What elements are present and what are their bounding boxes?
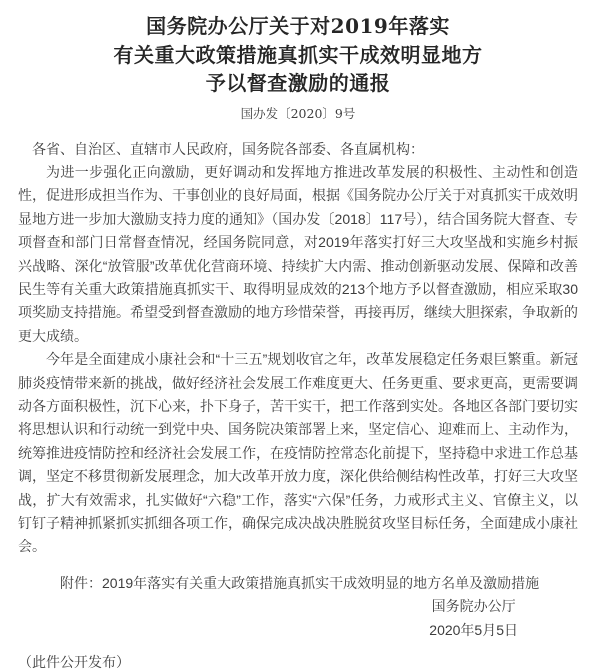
notice-body: 各省、自治区、直辖市人民政府，国务院各部委、各直属机构： 为进一步强化正向激励，… (18, 138, 578, 670)
body-paragraph-2: 今年是全面建成小康社会和“十三五”规划收官之年，改革发展稳定任务艰巨繁重。新冠肺… (18, 348, 578, 559)
salutation-line: 各省、自治区、直辖市人民政府，国务院各部委、各直属机构： (18, 138, 578, 161)
notice-title-line-3: 予以督查激励的通报 (30, 69, 566, 98)
issuer-name: 国务院办公厅 (429, 595, 518, 618)
notice-title-line-1: 国务院办公厅关于对2019年落实 (30, 12, 566, 41)
attachment-line: 附件：2019年落实有关重大政策措施真抓实干成效明显的地方名单及激励措施 (18, 572, 578, 595)
publish-note: （此件公开发布） (18, 651, 578, 670)
notice-title: 国务院办公厅关于对2019年落实 有关重大政策措施真抓实干成效明显地方 予以督查… (30, 12, 566, 98)
notice-document-page: 国务院办公厅关于对2019年落实 有关重大政策措施真抓实干成效明显地方 予以督查… (0, 0, 596, 670)
doc-number: 国办发〔2020〕9号 (0, 106, 596, 122)
body-paragraph-1: 为进一步强化正向激励，更好调动和发挥地方推进改革发展的积极性、主动性和创造性，促… (18, 161, 578, 348)
notice-title-line-2: 有关重大政策措施真抓实干成效明显地方 (30, 41, 566, 70)
issue-date: 2020年5月5日 (429, 619, 518, 642)
signature-block: 国务院办公厅 2020年5月5日 (429, 595, 518, 642)
